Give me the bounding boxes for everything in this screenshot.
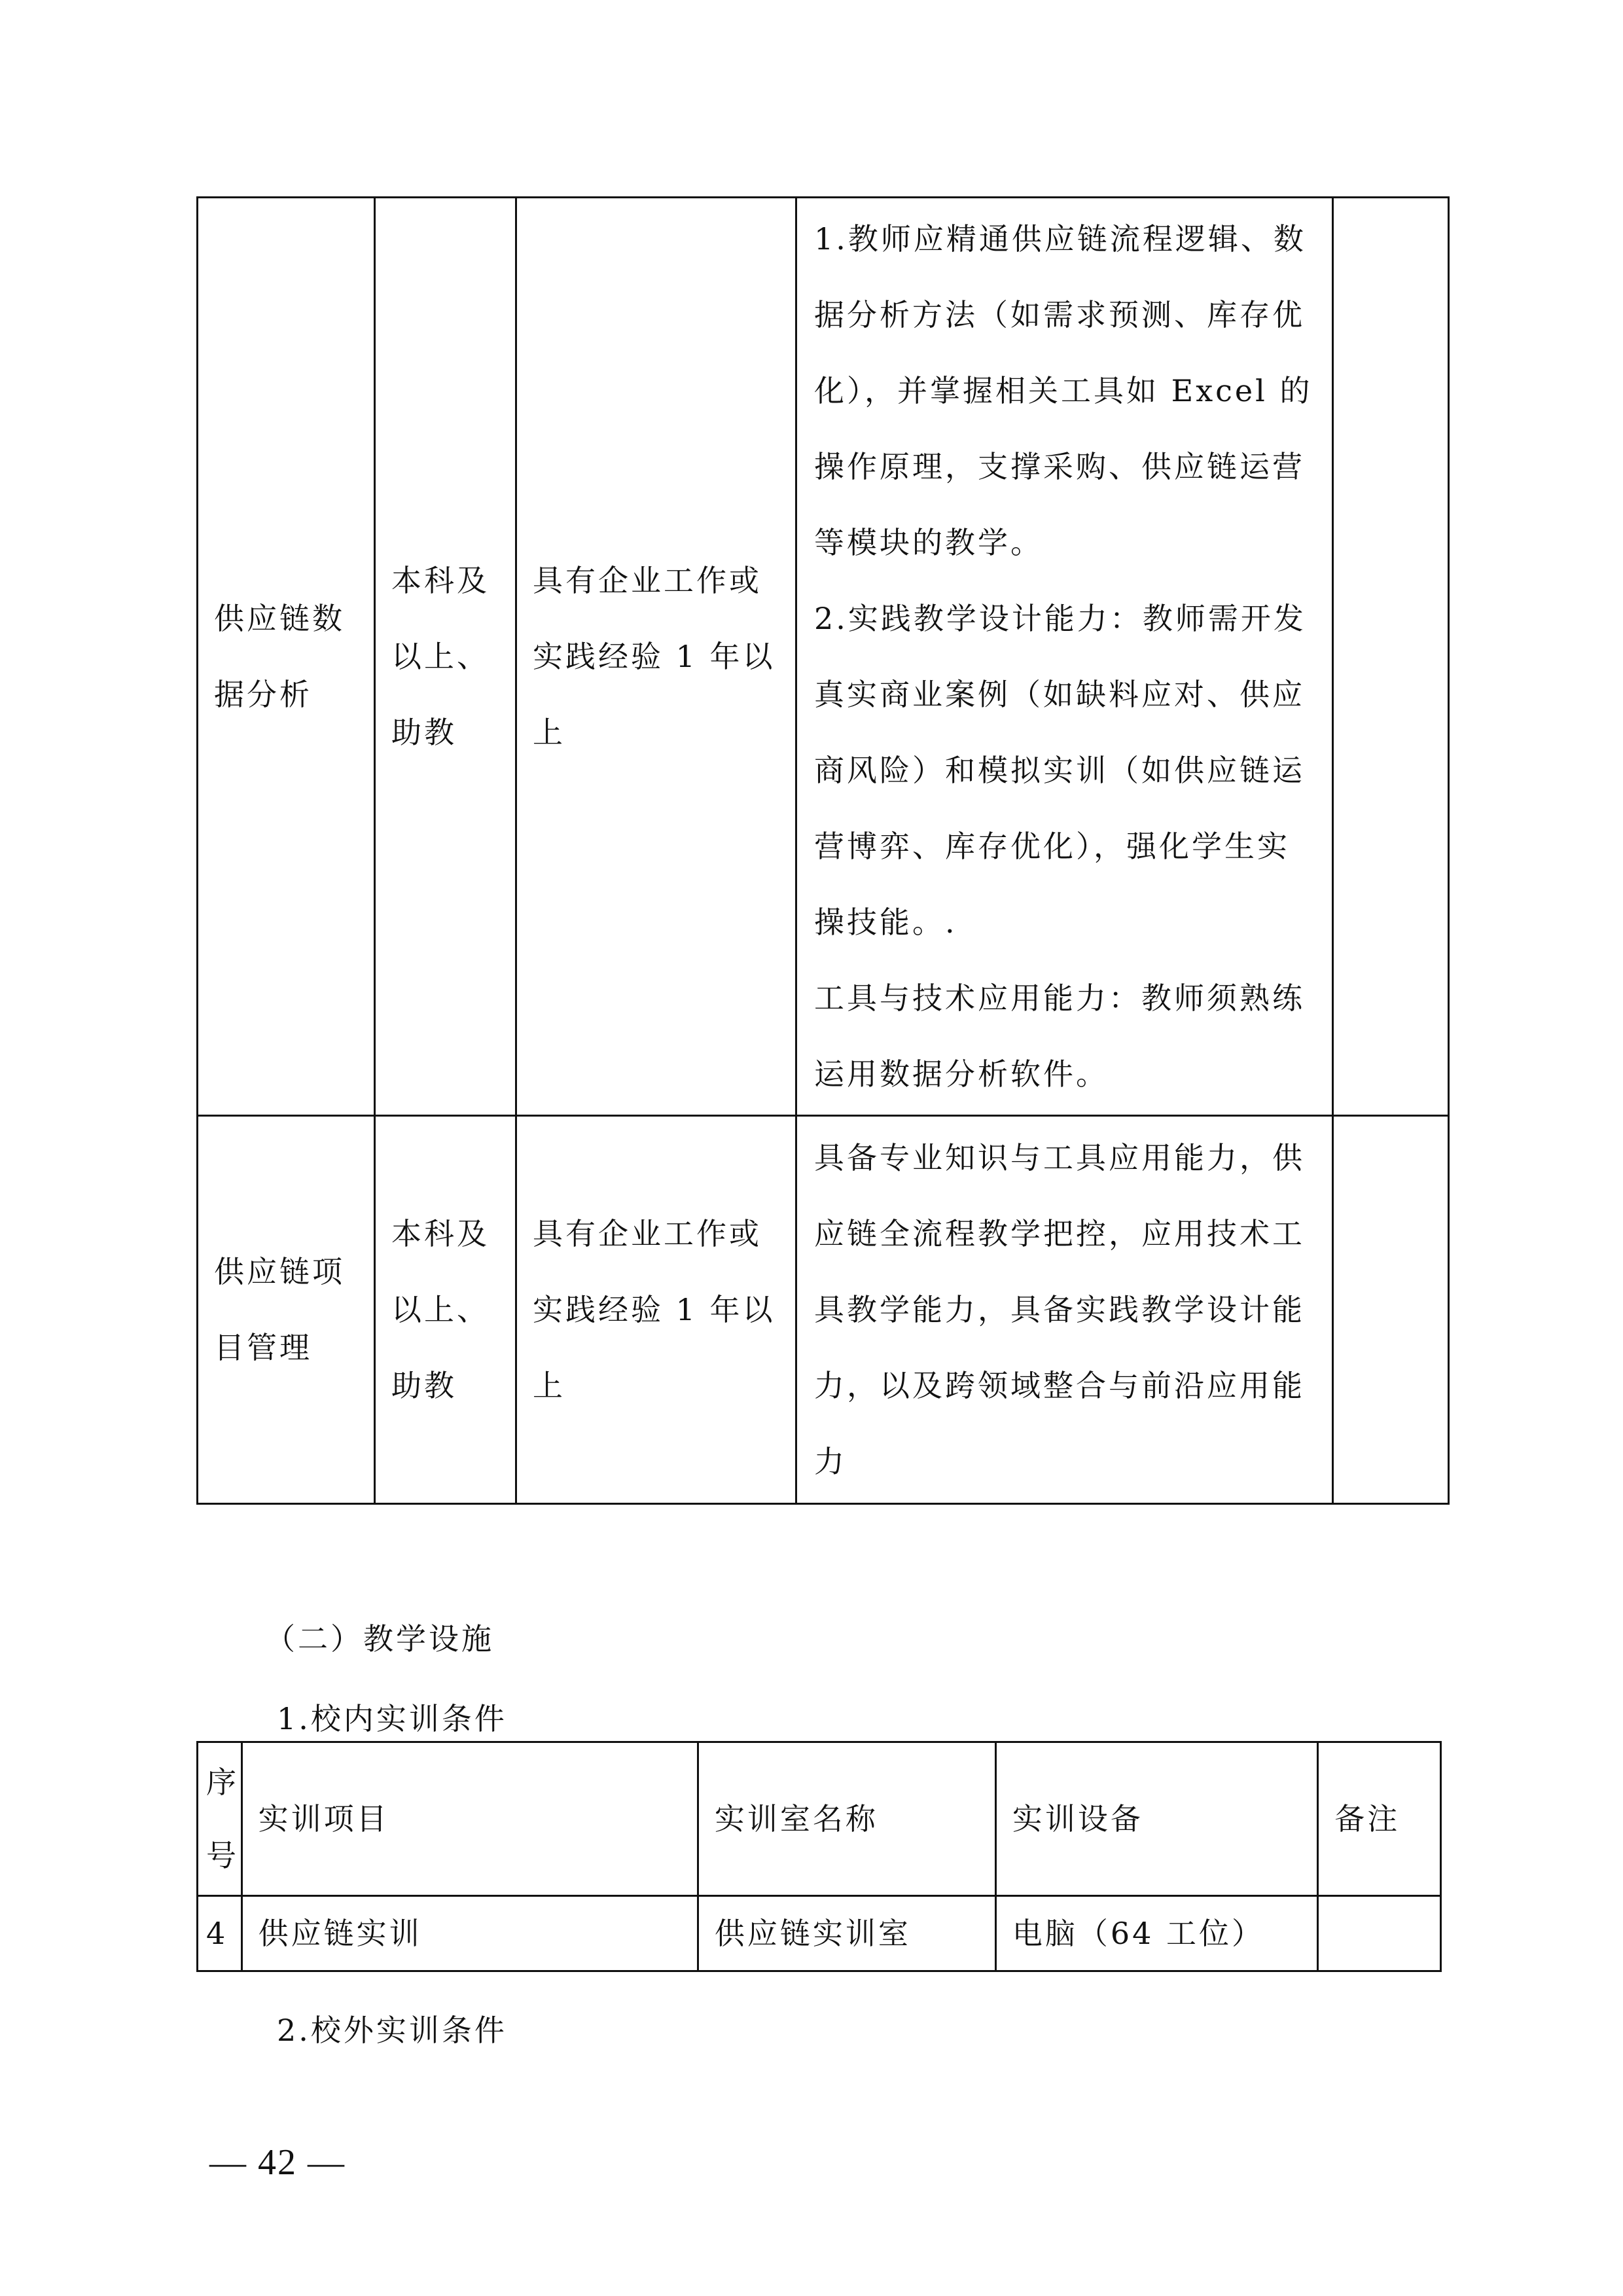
experience-cell: 具有企业工作或实践经验 1 年以上 bbox=[516, 1116, 796, 1504]
degree-cell: 本科及以上、助教 bbox=[375, 1116, 516, 1504]
requirement-paragraph: 具备专业知识与工具应用能力，供应链全流程教学把控，应用技术工具教学能力，具备实践… bbox=[814, 1120, 1315, 1499]
seq-cell: 4 bbox=[198, 1896, 242, 1971]
table-row: 供应链数据分析 本科及以上、助教 具有企业工作或实践经验 1 年以上 1.教师应… bbox=[198, 198, 1449, 1116]
section-heading: （二）教学设施 bbox=[265, 1615, 494, 1659]
course-cell: 供应链数据分析 bbox=[198, 198, 375, 1116]
degree-cell: 本科及以上、助教 bbox=[375, 198, 516, 1116]
requirements-cell: 1.教师应精通供应链流程逻辑、数据分析方法（如需求预测、库存优化），并掌握相关工… bbox=[796, 198, 1333, 1116]
column-header-seq: 序号 bbox=[198, 1742, 242, 1896]
requirements-cell: 具备专业知识与工具应用能力，供应链全流程教学把控，应用技术工具教学能力，具备实践… bbox=[796, 1116, 1333, 1504]
experience-cell: 具有企业工作或实践经验 1 年以上 bbox=[516, 198, 796, 1116]
requirement-paragraph: 2.实践教学设计能力：教师需开发真实商业案例（如缺料应对、供应商风险）和模拟实训… bbox=[814, 581, 1315, 960]
note-cell bbox=[1333, 198, 1449, 1116]
table-header-row: 序号 实训项目 实训室名称 实训设备 备注 bbox=[198, 1742, 1441, 1896]
onsite-training-table: 序号 实训项目 实训室名称 实训设备 备注 4 供应链实训 供应链实训室 电脑（… bbox=[196, 1741, 1442, 1972]
column-header-room: 实训室名称 bbox=[698, 1742, 995, 1896]
note-cell bbox=[1318, 1896, 1441, 1971]
page-number: — 42 — bbox=[209, 2142, 346, 2183]
onsite-training-heading: 1.校内实训条件 bbox=[277, 1695, 507, 1738]
offsite-training-heading: 2.校外实训条件 bbox=[277, 2007, 507, 2050]
teacher-qualification-table: 供应链数据分析 本科及以上、助教 具有企业工作或实践经验 1 年以上 1.教师应… bbox=[196, 196, 1450, 1505]
table-row: 供应链项目管理 本科及以上、助教 具有企业工作或实践经验 1 年以上 具备专业知… bbox=[198, 1116, 1449, 1504]
note-cell bbox=[1333, 1116, 1449, 1504]
table-row: 4 供应链实训 供应链实训室 电脑（64 工位） bbox=[198, 1896, 1441, 1971]
column-header-project: 实训项目 bbox=[241, 1742, 698, 1896]
equipment-cell: 电脑（64 工位） bbox=[995, 1896, 1317, 1971]
room-cell: 供应链实训室 bbox=[698, 1896, 995, 1971]
column-header-note: 备注 bbox=[1318, 1742, 1441, 1896]
requirement-paragraph: 工具与技术应用能力：教师须熟练运用数据分析软件。 bbox=[814, 960, 1315, 1112]
document-page: 供应链数据分析 本科及以上、助教 具有企业工作或实践经验 1 年以上 1.教师应… bbox=[0, 0, 1623, 2296]
project-cell: 供应链实训 bbox=[241, 1896, 698, 1971]
course-cell: 供应链项目管理 bbox=[198, 1116, 375, 1504]
column-header-equipment: 实训设备 bbox=[995, 1742, 1317, 1896]
requirement-paragraph: 1.教师应精通供应链流程逻辑、数据分析方法（如需求预测、库存优化），并掌握相关工… bbox=[814, 201, 1315, 581]
